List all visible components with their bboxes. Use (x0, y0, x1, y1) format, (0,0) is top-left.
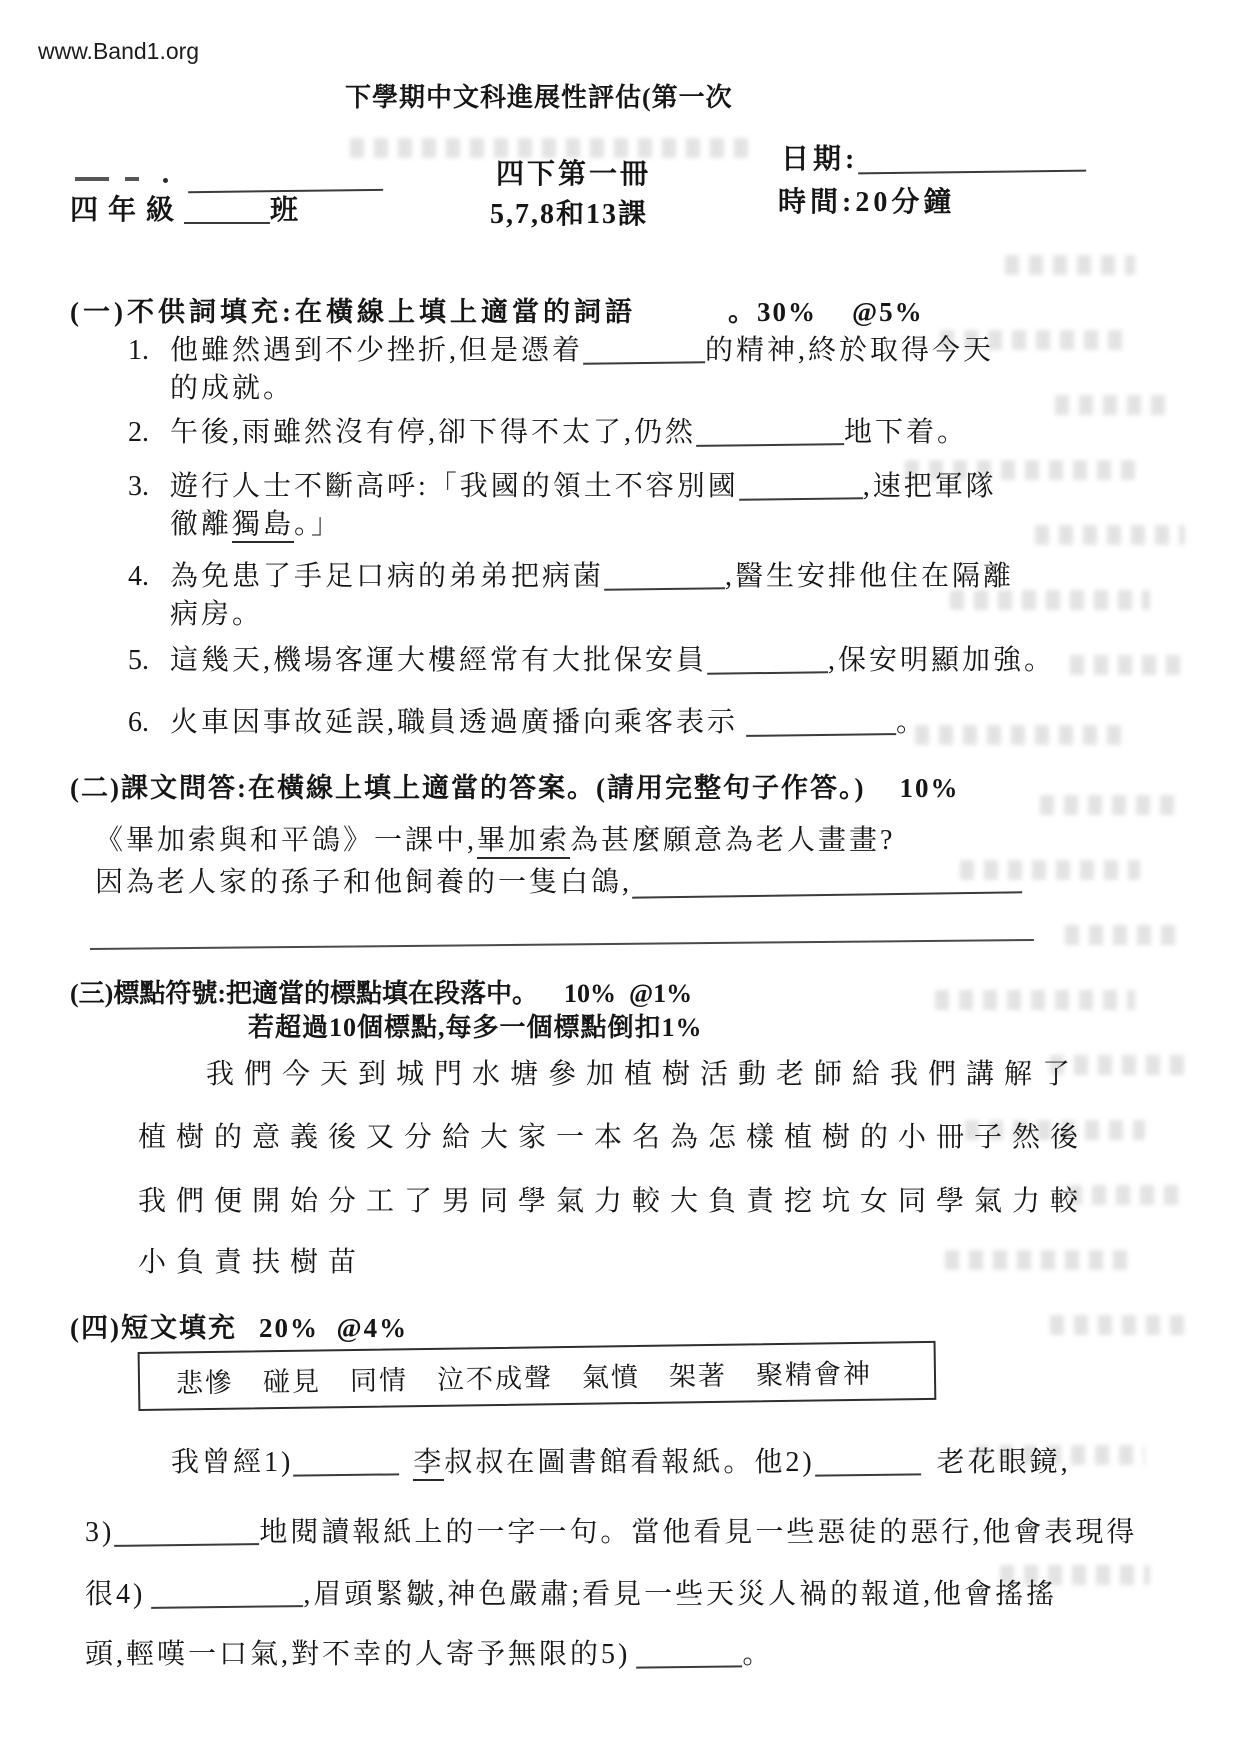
question-5-line-1: 5.這幾天,機場客運大樓經常有大批保安員,保安明顯加強。 (128, 644, 1055, 678)
word-bank-box: 悲慘 碰見 同情 泣不成聲 氣憤 架著 聚精會神 (138, 1341, 937, 1411)
section3-heading: (三)標點符號:把適當的標點填在段落中。10% @1% (70, 978, 692, 1009)
section2-question: 《畢加索與和平鴿》一課中,畢加索為甚麼願意為老人畫畫? (95, 824, 895, 858)
passage-blank-3 (114, 1517, 259, 1547)
time-value: 20分鐘 (855, 187, 955, 218)
question-1-line-1: 1.他雖然遇到不少挫折,但是憑着的精神,終於取得今天 (128, 334, 994, 368)
section1-heading-text: (一)不供詞填充:在橫線上填上適當的詞語 (70, 297, 636, 327)
page-title: 下學期中文科進展性評估(第一次 (345, 82, 733, 113)
question-number: 1. (128, 334, 170, 368)
word-bank-item: 泣不成聲 (437, 1356, 554, 1397)
passage-text: 我曾經1) (171, 1447, 293, 1478)
passage-blank-1 (293, 1447, 399, 1476)
underlined-term: 獨島 (232, 509, 294, 543)
punctuation-paragraph-line-1: 我們今天到城門水塘參加植樹活動老師給我們講解了 (206, 1058, 1080, 1092)
answer-blank-q6 (746, 707, 896, 737)
name-blank-line (188, 163, 383, 193)
question-text: ,速把軍隊 (863, 471, 997, 502)
passage-line-3: 很4),眉頭緊皺,神色嚴肅;看見一些天災人禍的報道,他會搖搖 (85, 1578, 1057, 1612)
answer-blank-q2 (696, 417, 844, 447)
section2-score: 10% (899, 773, 959, 803)
word-bank-item: 氣憤 (582, 1355, 641, 1395)
name-row (75, 162, 383, 196)
question-1-line-2: 的成就。 (170, 372, 294, 406)
question-text: 遊行人士不斷高呼:「我國的領土不容別國 (170, 471, 739, 502)
question-text: 《畢加索與和平鴿》一課中, (95, 825, 477, 856)
scan-artifact (1070, 655, 1180, 675)
punctuation-paragraph-line-4: 小負責扶樹苗 (138, 1246, 366, 1280)
word-bank-item: 同情 (350, 1358, 409, 1398)
passage-blank-4 (151, 1579, 303, 1609)
time-row: 時間:20分鐘 (778, 186, 955, 220)
answer-blank-line (632, 865, 1022, 898)
scan-artifact (1035, 525, 1185, 545)
class-blank-line (184, 196, 270, 224)
punctuation-paragraph-line-3: 我們便開始分工了男同學氣力較大負責挖坑女同學氣力較 (138, 1185, 1088, 1219)
faded-name-label (125, 177, 139, 181)
question-4-line-2: 病房。 (170, 598, 263, 632)
grade-label: 四年級 (70, 195, 184, 226)
passage-text: 頭,輕嘆一口氣,對不幸的人寄予無限的5) (85, 1639, 630, 1670)
section2-heading-text: (二)課文問答:在橫線上填上適當的答案。(請用完整句子作答。) (70, 773, 865, 803)
passage-text: 3) (85, 1517, 114, 1548)
question-text: 地下着。 (844, 417, 968, 448)
scanned-exam-page: www.Band1.org 下學期中文科進展性評估(第一次 四年級班 四下第一冊… (0, 0, 1240, 1754)
time-label: 時間: (778, 187, 855, 218)
question-number: 3. (128, 470, 170, 504)
passage-text: 叔叔在圖書館看報紙。他2) (444, 1447, 814, 1478)
question-number: 6. (128, 706, 170, 740)
watermark: www.Band1.org (38, 38, 199, 66)
question-2-line-1: 2.午後,雨雖然沒有停,卻下得不太了,仍然地下着。 (128, 416, 968, 450)
passage-line-4: 頭,輕嘆一口氣,對不幸的人寄予無限的5)。 (85, 1638, 773, 1672)
question-text: 的精神,終於取得今天 (705, 335, 994, 366)
section2-heading: (二)課文問答:在橫線上填上適當的答案。(請用完整句子作答。)10% (70, 772, 959, 804)
question-3-line-1: 3.遊行人士不斷高呼:「我國的領土不容別國,速把軍隊 (128, 470, 997, 504)
scan-artifact (1055, 395, 1175, 415)
section2-answer-line-1: 因為老人家的孫子和他飼養的一隻白鴿, (95, 866, 1022, 900)
passage-line-2: 3)地閱讀報紙上的一字一句。當他看見一些惡徒的惡行,他會表現得 (85, 1516, 1137, 1550)
faded-name-label (163, 178, 168, 183)
faded-name-label (75, 177, 109, 181)
question-text: 為免患了手足口病的弟弟把病菌 (170, 561, 604, 592)
book-title: 四下第一冊 (496, 158, 651, 192)
question-text: 。」 (294, 509, 342, 540)
scan-artifact (1005, 255, 1135, 275)
scan-artifact (1040, 795, 1180, 815)
question-6-line-1: 6.火車因事故延誤,職員透過廣播向乘客表示。 (128, 706, 927, 740)
punctuation-paragraph-line-2: 植樹的意義後又分給大家一本名為怎樣植樹的小冊子然後 (138, 1121, 1088, 1155)
lessons-covered: 5,7,8和13課 (490, 198, 648, 232)
scan-artifact (350, 138, 750, 158)
passage-text: 很4) (85, 1579, 145, 1610)
answer-text: 因為老人家的孫子和他飼養的一隻白鴿, (95, 867, 632, 898)
question-text: 這幾天,機場客運大樓經常有大批保安員 (170, 645, 707, 676)
scan-artifact (935, 990, 1135, 1010)
section4-heading: (四)短文填充20% @4% (70, 1312, 408, 1344)
question-number: 5. (128, 644, 170, 678)
question-text: 。 (896, 707, 927, 738)
answer-blank-q1 (583, 335, 705, 364)
question-text: ,醫生安排他住在隔離 (725, 561, 1014, 592)
passage-text: 地閱讀報紙上的一字一句。當他看見一些惡徒的惡行,他會表現得 (259, 1517, 1137, 1548)
passage-line-1: 我曾經1)李叔叔在圖書館看報紙。他2)老花眼鏡, (171, 1446, 1071, 1480)
answer-blank-line-2 (90, 939, 1034, 950)
question-number: 2. (128, 416, 170, 450)
scan-artifact (1065, 925, 1185, 945)
section3-heading-text: (三)標點符號:把適當的標點填在段落中。 (70, 979, 538, 1008)
underlined-term: 畢加索 (477, 825, 570, 859)
word-bank-item: 悲慘 (176, 1361, 235, 1401)
question-text: ,保安明顯加強。 (828, 645, 1055, 676)
date-row: 日期: (781, 143, 1086, 177)
word-bank-item: 聚精會神 (756, 1352, 873, 1393)
section4-score: 20% @4% (259, 1313, 408, 1343)
answer-blank-q5 (707, 645, 828, 674)
section3-score: 10% @1% (564, 979, 692, 1008)
section1-score: 。30% @5% (728, 297, 924, 327)
question-text: 午後,雨雖然沒有停,卻下得不太了,仍然 (170, 417, 696, 448)
question-number: 4. (128, 560, 170, 594)
passage-blank-5 (636, 1639, 742, 1668)
scan-artifact (1050, 1315, 1190, 1335)
class-row: 四年級班 (70, 194, 308, 228)
scan-artifact (915, 725, 1125, 745)
date-label: 日期: (781, 144, 858, 175)
question-text: 為甚麼願意為老人畫畫? (570, 825, 895, 856)
word-bank-item: 架著 (669, 1354, 728, 1394)
passage-text: 。 (742, 1639, 773, 1670)
section1-heading: (一)不供詞填充:在橫線上填上適當的詞語。30% @5% (70, 296, 924, 328)
answer-blank-q3 (739, 471, 863, 501)
passage-text: ,眉頭緊皺,神色嚴肅;看見一些天災人禍的報道,他會搖搖 (303, 1579, 1057, 1610)
section3-note: 若超過10個標點,每多一個標點倒扣1% (248, 1012, 703, 1043)
underlined-term: 李 (413, 1447, 444, 1481)
scan-artifact (945, 1250, 1135, 1270)
answer-blank-q4 (604, 561, 725, 590)
question-text: 他雖然遇到不少挫折,但是憑着 (170, 335, 583, 366)
question-text: 徹離 (170, 509, 232, 540)
passage-blank-2 (815, 1447, 921, 1476)
class-label: 班 (270, 195, 308, 226)
section4-heading-text: (四)短文填充 (70, 1313, 237, 1343)
date-blank-line (858, 144, 1086, 175)
word-bank-item: 碰見 (263, 1359, 322, 1399)
passage-text: 老花眼鏡, (937, 1447, 1071, 1478)
question-text: 火車因事故延誤,職員透過廣播向乘客表示 (170, 707, 738, 738)
question-3-line-2: 徹離獨島。」 (170, 508, 342, 542)
question-4-line-1: 4.為免患了手足口病的弟弟把病菌,醫生安排他住在隔離 (128, 560, 1014, 594)
